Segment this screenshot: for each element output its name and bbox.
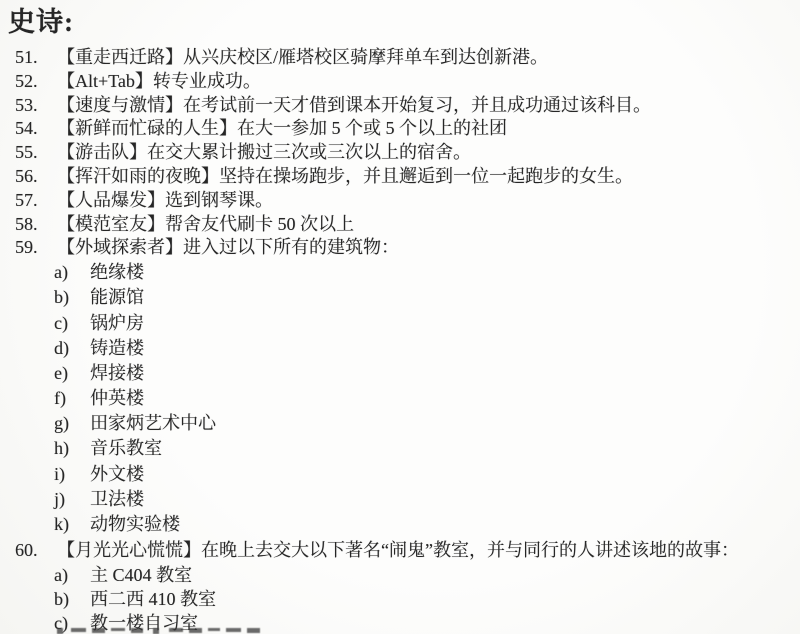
sub-item-letter: i) [0, 462, 90, 487]
list-item-56: 56. 【挥汗如雨的夜晚】坚持在操场跑步，并且邂逅到一位一起跑步的女生。 [0, 165, 800, 189]
item-number: 56. [0, 165, 57, 189]
document-page: 史诗: 51. 【重走西迁路】从兴庆校区/雁塔校区骑摩拜单车到达创新港。 52.… [0, 0, 800, 634]
item-text: 【重走西迁路】从兴庆校区/雁塔校区骑摩拜单车到达创新港。 [57, 46, 548, 70]
page-title: 史诗: [0, 0, 800, 39]
item-number: 58. [0, 213, 57, 237]
sub-item-text: 外文楼 [90, 462, 144, 487]
sub-item-letter: f) [0, 386, 90, 411]
item-text: 【速度与激情】在考试前一天才借到课本开始复习，并且成功通过该科目。 [57, 94, 651, 118]
achievement-list: 51. 【重走西迁路】从兴庆校区/雁塔校区骑摩拜单车到达创新港。 52. 【Al… [0, 46, 800, 634]
sub-item-59f: f) 仲英楼 [0, 386, 800, 411]
item-number: 53. [0, 94, 57, 118]
sub-item-text: 田家炳艺术中心 [90, 411, 216, 436]
sub-item-letter: j) [0, 487, 90, 512]
item-number: 54. [0, 117, 57, 141]
sub-item-59h: h) 音乐教室 [0, 436, 800, 461]
sub-item-59e: e) 焊接楼 [0, 361, 800, 386]
list-item-53: 53. 【速度与激情】在考试前一天才借到课本开始复习，并且成功通过该科目。 [0, 94, 800, 118]
item-text: 【人品爆发】选到钢琴课。 [57, 189, 273, 213]
list-item-51: 51. 【重走西迁路】从兴庆校区/雁塔校区骑摩拜单车到达创新港。 [0, 46, 800, 70]
sub-item-letter: b) [0, 587, 90, 611]
item-text: 【外域探索者】进入过以下所有的建筑物： [57, 236, 399, 260]
list-item-60: 60. 【月光光心慌慌】在晚上去交大以下著名“闹鬼”教室，并与同行的人讲述该地的… [0, 539, 800, 563]
sub-item-text: 锅炉房 [90, 311, 144, 336]
item-text: 【模范室友】帮舍友代刷卡 50 次以上 [57, 213, 354, 237]
sub-item-letter: c) [0, 311, 90, 336]
item-text: 【月光光心慌慌】在晚上去交大以下著名“闹鬼”教室，并与同行的人讲述该地的故事： [57, 539, 739, 563]
sub-item-letter: d) [0, 336, 90, 361]
item-number: 51. [0, 46, 57, 70]
sub-item-59i: i) 外文楼 [0, 462, 800, 487]
list-item-55: 55. 【游击队】在交大累计搬过三次或三次以上的宿舍。 [0, 141, 800, 165]
sub-item-text: 仲英楼 [90, 386, 144, 411]
sub-item-text: 卫法楼 [90, 487, 144, 512]
sub-item-60a: a) 主 C404 教室 [0, 563, 800, 587]
list-item-59: 59. 【外域探索者】进入过以下所有的建筑物： [0, 236, 800, 260]
sub-item-letter: a) [0, 563, 90, 587]
sub-item-text: 铸造楼 [90, 336, 144, 361]
sub-item-letter: g) [0, 411, 90, 436]
list-item-52: 52. 【Alt+Tab】转专业成功。 [0, 70, 800, 94]
item-text: 【Alt+Tab】转专业成功。 [57, 70, 261, 94]
item-number: 55. [0, 141, 57, 165]
cutoff-line-fragments [57, 628, 260, 634]
sub-item-letter: e) [0, 361, 90, 386]
item-number: 59. [0, 236, 57, 260]
sub-item-59a: a) 绝缘楼 [0, 260, 800, 285]
list-item-57: 57. 【人品爆发】选到钢琴课。 [0, 189, 800, 213]
item-text: 【挥汗如雨的夜晚】坚持在操场跑步，并且邂逅到一位一起跑步的女生。 [57, 165, 633, 189]
sub-item-59k: k) 动物实验楼 [0, 512, 800, 537]
sub-item-text: 绝缘楼 [90, 260, 144, 285]
sub-item-60b: b) 西二西 410 教室 [0, 587, 800, 611]
item-number: 52. [0, 70, 57, 94]
sub-item-59d: d) 铸造楼 [0, 336, 800, 361]
sub-item-59b: b) 能源馆 [0, 285, 800, 310]
sub-item-text: 焊接楼 [90, 361, 144, 386]
list-item-54: 54. 【新鲜而忙碌的人生】在大一参加 5 个或 5 个以上的社团 [0, 117, 800, 141]
sub-item-59j: j) 卫法楼 [0, 487, 800, 512]
sub-item-text: 主 C404 教室 [90, 563, 192, 587]
sub-item-59g: g) 田家炳艺术中心 [0, 411, 800, 436]
sub-item-letter: h) [0, 436, 90, 461]
sub-item-text: 西二西 410 教室 [90, 587, 216, 611]
item-number: 60. [0, 539, 57, 563]
item-text: 【游击队】在交大累计搬过三次或三次以上的宿舍。 [57, 141, 471, 165]
sub-item-text: 动物实验楼 [90, 512, 180, 537]
sub-item-letter: k) [0, 512, 90, 537]
sub-item-letter: a) [0, 260, 90, 285]
document-content: 史诗: 51. 【重走西迁路】从兴庆校区/雁塔校区骑摩拜单车到达创新港。 52.… [0, 0, 800, 634]
item-number: 57. [0, 189, 57, 213]
sub-item-59c: c) 锅炉房 [0, 311, 800, 336]
sub-item-text: 音乐教室 [90, 436, 162, 461]
item-text: 【新鲜而忙碌的人生】在大一参加 5 个或 5 个以上的社团 [57, 117, 507, 141]
sub-item-letter: b) [0, 285, 90, 310]
list-item-58: 58. 【模范室友】帮舍友代刷卡 50 次以上 [0, 213, 800, 237]
sub-item-text: 能源馆 [90, 285, 144, 310]
